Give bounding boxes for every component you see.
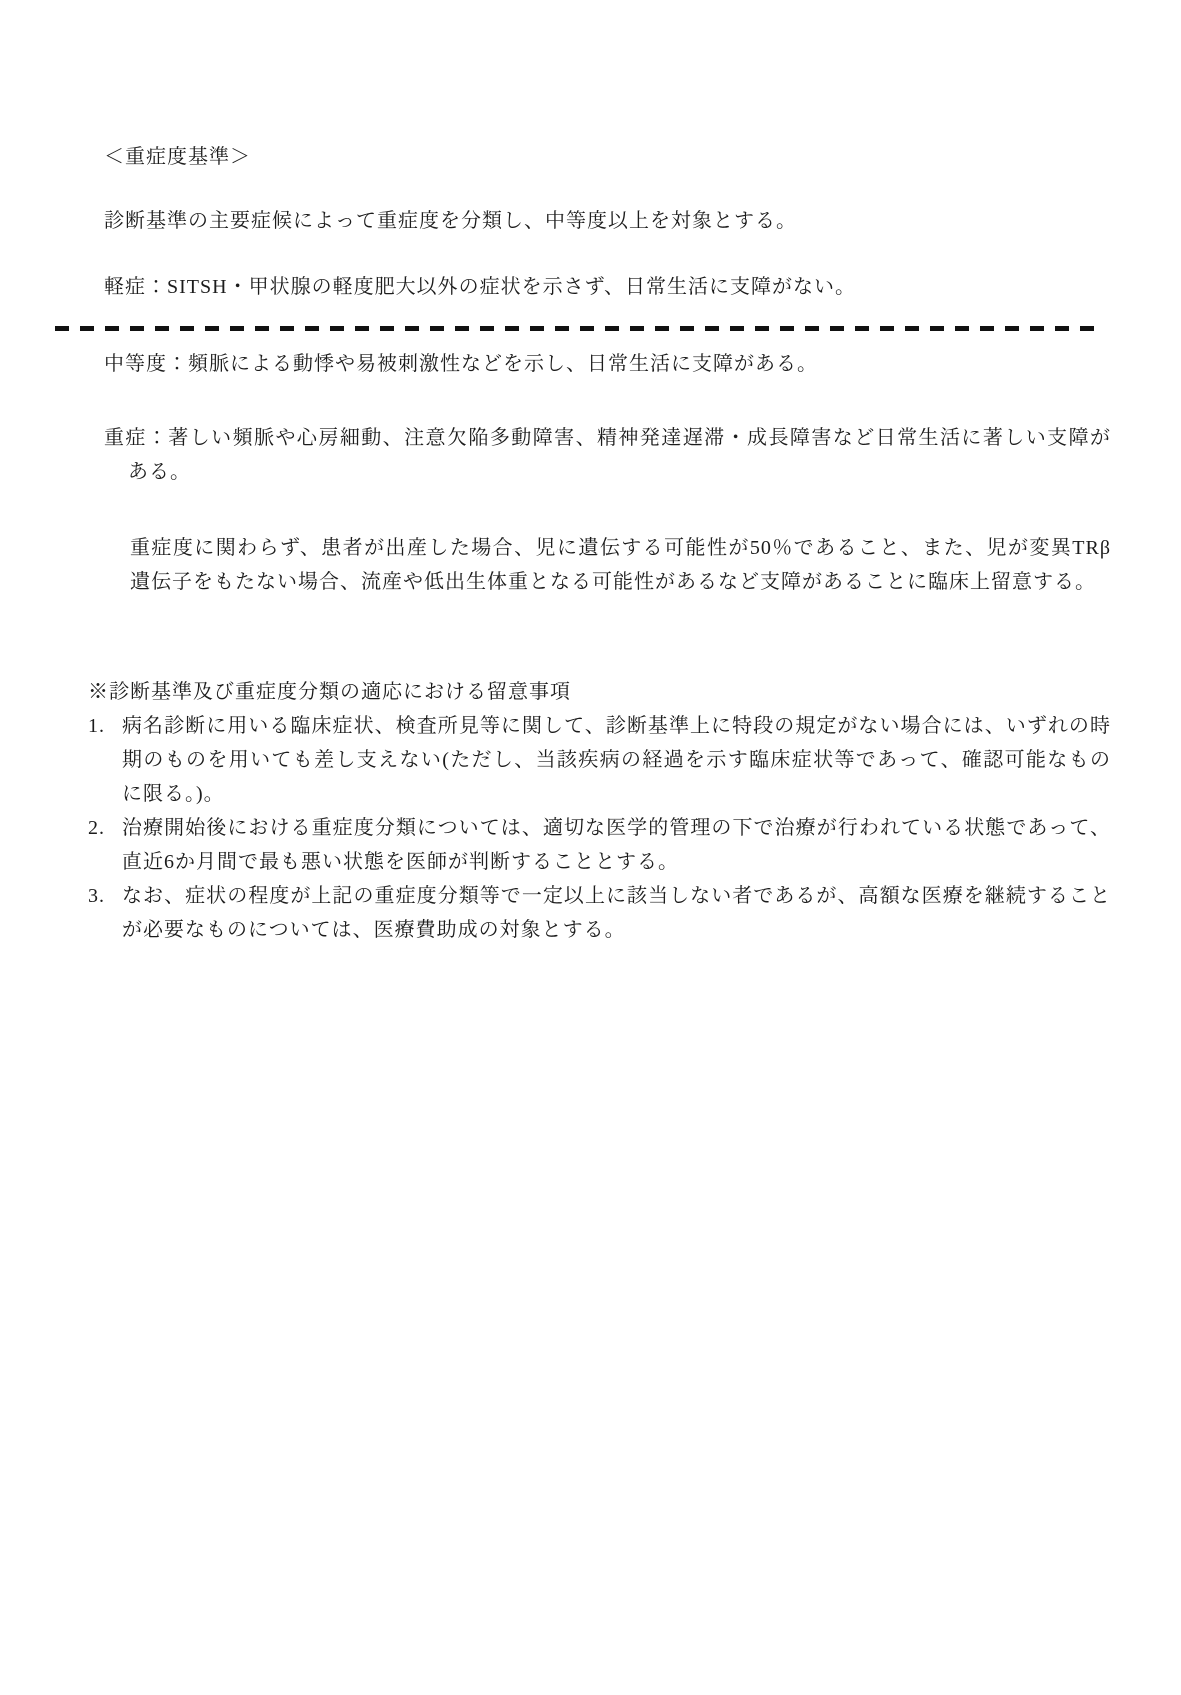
intro-paragraph: 診断基準の主要症候によって重症度を分類し、中等度以上を対象とする。	[104, 204, 1111, 238]
remark-number: 2.	[88, 811, 118, 845]
severe-severity-paragraph: 重症：著しい頻脈や心房細動、注意欠陥多動障害、精神発達遅滞・成長障害など日常生活…	[104, 421, 1111, 489]
mild-severity-paragraph: 軽症：SITSH・甲状腺の軽度肥大以外の症状を示さず、日常生活に支障がない。	[104, 270, 1111, 304]
remark-text: 病名診断に用いる臨床症状、検査所見等に関して、診断基準上に特段の規定がない場合に…	[118, 709, 1111, 811]
pregnancy-note-paragraph: 重症度に関わらず、患者が出産した場合、児に遺伝する可能性が50％であること、また…	[130, 531, 1111, 599]
remark-item-3: 3. なお、症状の程度が上記の重症度分類等で一定以上に該当しない者であるが、高額…	[88, 879, 1111, 947]
remark-item-1: 1. 病名診断に用いる臨床症状、検査所見等に関して、診断基準上に特段の規定がない…	[88, 709, 1111, 811]
remark-text: なお、症状の程度が上記の重症度分類等で一定以上に該当しない者であるが、高額な医療…	[118, 879, 1111, 947]
remarks-list: 1. 病名診断に用いる臨床症状、検査所見等に関して、診断基準上に特段の規定がない…	[88, 709, 1111, 947]
remark-item-2: 2. 治療開始後における重症度分類については、適切な医学的管理の下で治療が行われ…	[88, 811, 1111, 879]
document-page: ＜重症度基準＞ 診断基準の主要症候によって重症度を分類し、中等度以上を対象とする…	[0, 0, 1181, 1695]
remark-number: 1.	[88, 709, 118, 743]
severity-criteria-title: ＜重症度基準＞	[104, 140, 1111, 174]
remarks-heading: ※診断基準及び重症度分類の適応における留意事項	[88, 675, 1111, 709]
moderate-severity-paragraph: 中等度：頻脈による動悸や易被刺激性などを示し、日常生活に支障がある。	[104, 347, 1111, 381]
dashed-divider-line	[55, 326, 1099, 331]
remark-number: 3.	[88, 879, 118, 913]
remark-text: 治療開始後における重症度分類については、適切な医学的管理の下で治療が行われている…	[118, 811, 1111, 879]
